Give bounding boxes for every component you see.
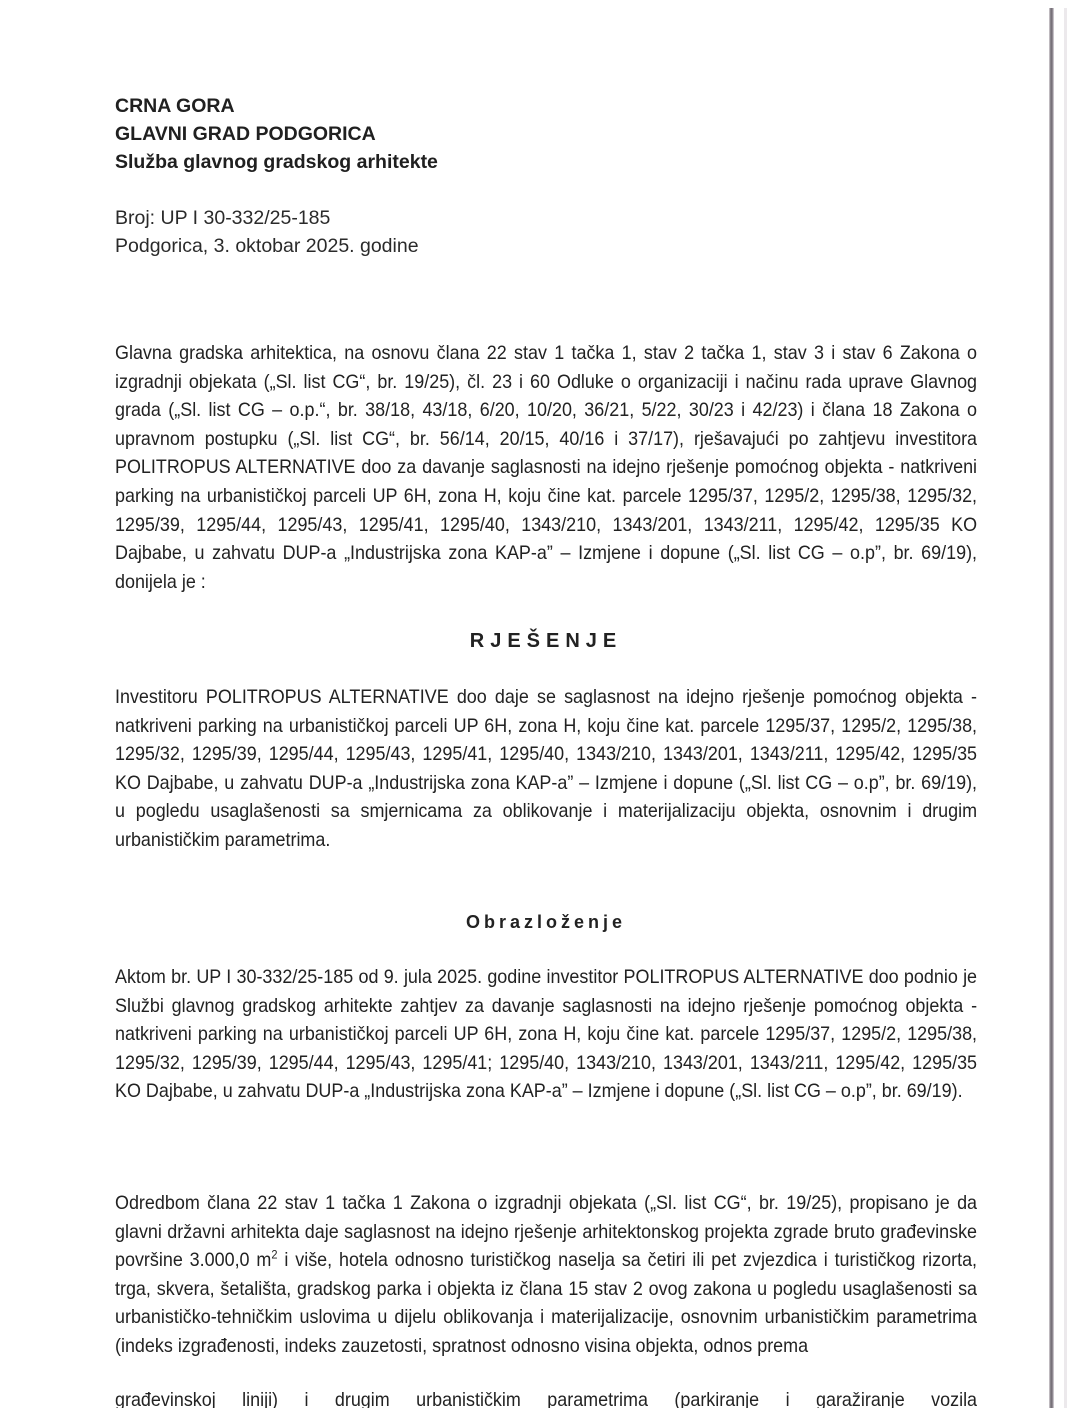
cutoff-line-container: građevinskoj liniji) i drugim urbanistič… bbox=[115, 1386, 977, 1408]
place-date: Podgorica, 3. oktobar 2025. godine bbox=[115, 232, 419, 260]
scan-edge-line-light bbox=[1064, 8, 1067, 1408]
office-name: Služba glavnog gradskog arhitekte bbox=[115, 148, 438, 176]
document-meta: Broj: UP I 30-332/25-185 Podgorica, 3. o… bbox=[115, 204, 419, 260]
country-name: CRNA GORA bbox=[115, 92, 438, 120]
issuer-header: CRNA GORA GLAVNI GRAD PODGORICA Služba g… bbox=[115, 92, 438, 176]
intro-paragraph: Glavna gradska arhitektica, na osnovu čl… bbox=[115, 339, 977, 596]
city-name: GLAVNI GRAD PODGORICA bbox=[115, 120, 438, 148]
reasoning-paragraph-2: Odredbom člana 22 stav 1 tačka 1 Zakona … bbox=[115, 1189, 977, 1361]
reasoning-heading: Obrazloženje bbox=[115, 912, 977, 933]
decision-paragraph: Investitoru POLITROPUS ALTERNATIVE doo d… bbox=[115, 683, 977, 855]
decision-heading: RJEŠENJE bbox=[115, 630, 977, 653]
document-number: Broj: UP I 30-332/25-185 bbox=[115, 204, 419, 232]
reasoning-paragraph-1: Aktom br. UP I 30-332/25-185 od 9. jula … bbox=[115, 963, 977, 1106]
cutoff-line: građevinskoj liniji) i drugim urbanistič… bbox=[115, 1386, 977, 1408]
scan-edge-line bbox=[1049, 8, 1054, 1408]
